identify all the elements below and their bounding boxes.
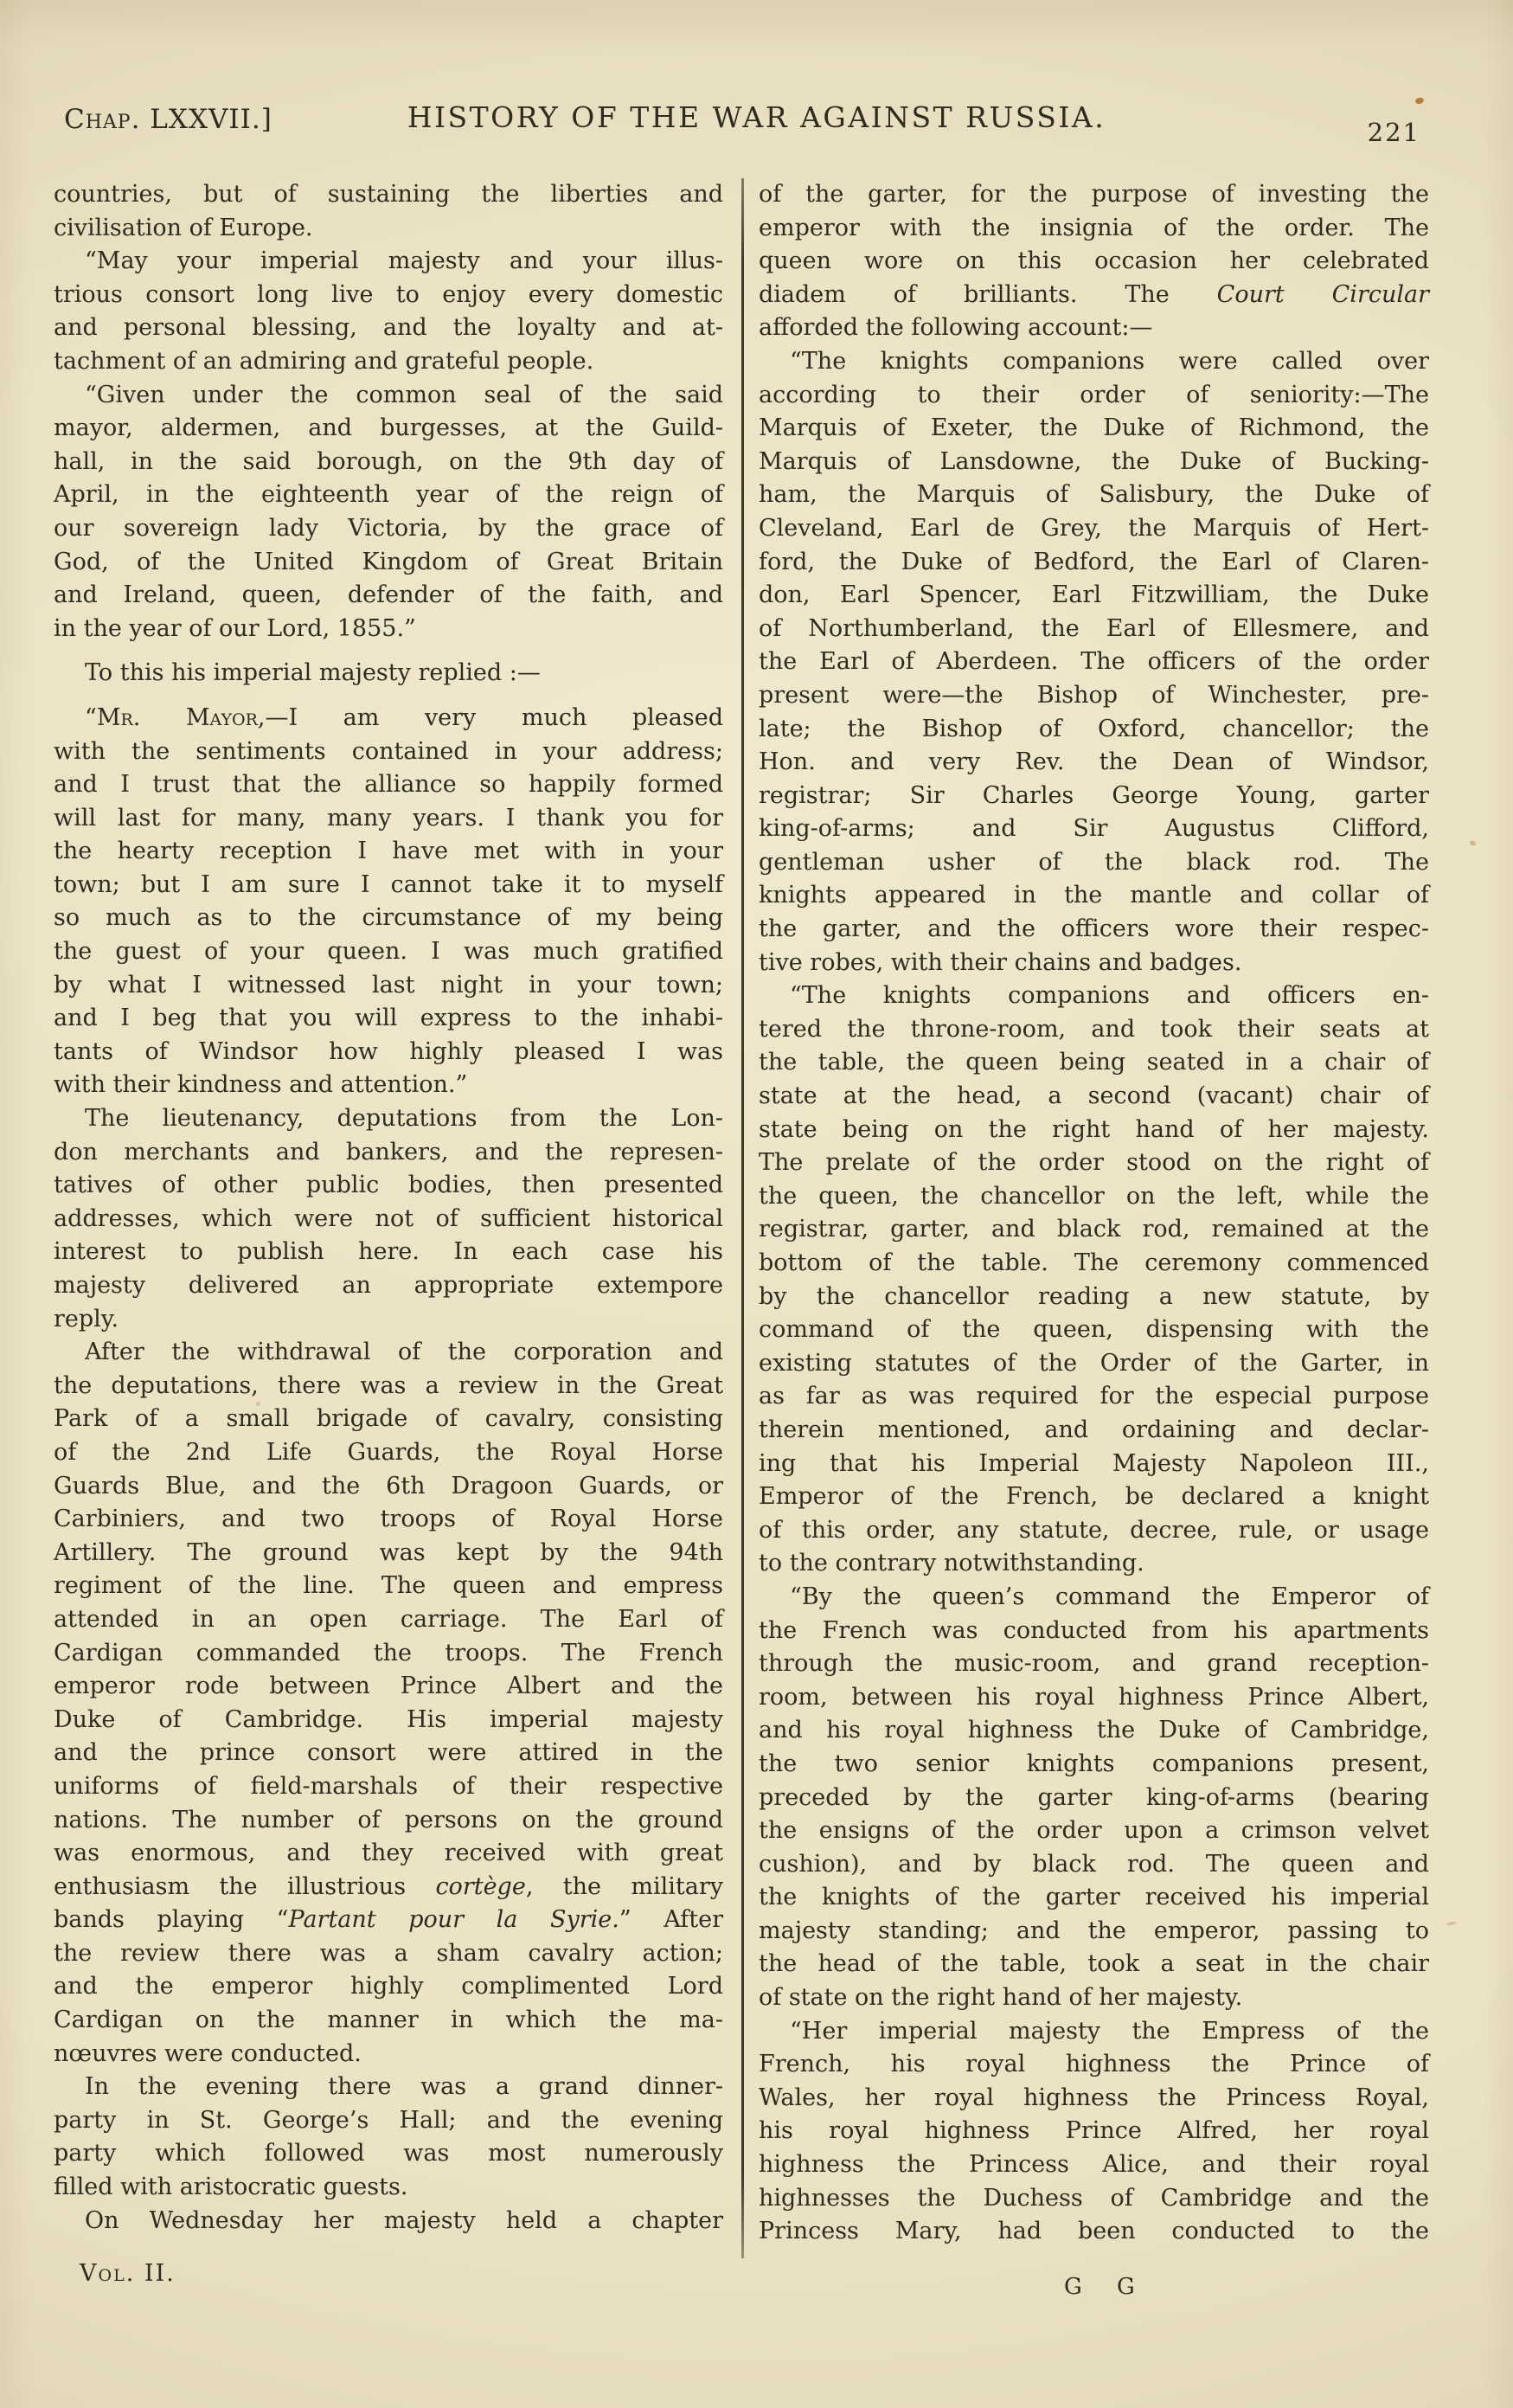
text-line: nations. The number of persons on the gr…	[54, 1804, 723, 1838]
text-line: don, Earl Spencer, Earl Fitzwilliam, the…	[759, 579, 1429, 613]
paragraph: The lieutenancy, deputations from the Lo…	[54, 1102, 723, 1336]
text-line: Hon. and very Rev. the Dean of Windsor,	[759, 746, 1429, 780]
text-line: tive robes, with their chains and badges…	[759, 947, 1429, 980]
text-line: highness the Princess Alice, and their r…	[759, 2148, 1429, 2182]
text-line: and his royal highness the Duke of Cambr…	[759, 1714, 1429, 1748]
text-line: and I trust that the alliance so happily…	[54, 768, 723, 802]
text-line: room, between his royal highness Prince …	[759, 1681, 1429, 1715]
text-line: trious consort long live to enjoy every …	[54, 279, 723, 312]
paragraph: countries, but of sustaining the liberti…	[54, 178, 723, 245]
text-line: The lieutenancy, deputations from the Lo…	[54, 1102, 723, 1136]
text-line: of the 2nd Life Guards, the Royal Horse	[54, 1436, 723, 1470]
text-line: majesty delivered an appropriate extempo…	[54, 1269, 723, 1303]
text-line: emperor rode between Prince Albert and t…	[54, 1670, 723, 1704]
paragraph: “Given under the common seal of the said…	[54, 379, 723, 646]
text-line: party in St. George’s Hall; and the even…	[54, 2104, 723, 2138]
text-line: In the evening there was a grand dinner-	[54, 2071, 723, 2104]
text-line: as far as was required for the especial …	[759, 1380, 1429, 1414]
text-line: Duke of Cambridge. His imperial majesty	[54, 1704, 723, 1737]
text-line: and I beg that you will express to the i…	[54, 1002, 723, 1036]
text-line: diadem of brilliants. The Court Circular	[759, 279, 1429, 312]
text-line: preceded by the garter king-of-arms (bea…	[759, 1782, 1429, 1815]
text-line: ham, the Marquis of Salisbury, the Duke …	[759, 478, 1429, 512]
paragraph: On Wednesday her majesty held a chapter	[54, 2205, 723, 2238]
text-line: Cardigan on the manner in which the ma-	[54, 2004, 723, 2038]
text-line: “The knights companions and officers en-	[759, 979, 1429, 1013]
text-line: “May your imperial majesty and your illu…	[54, 245, 723, 279]
text-line: Carbiniers, and two troops of Royal Hors…	[54, 1503, 723, 1537]
text-line: ing that his Imperial Majesty Napoleon I…	[759, 1448, 1429, 1481]
text-line: Guards Blue, and the 6th Dragoon Guards,…	[54, 1470, 723, 1504]
text-line: therein mentioned, and ordaining and dec…	[759, 1414, 1429, 1448]
text-line: Cardigan commanded the troops. The Frenc…	[54, 1637, 723, 1671]
text-line: On Wednesday her majesty held a chapter	[54, 2205, 723, 2238]
text-line: and the prince consort were attired in t…	[54, 1737, 723, 1770]
text-line: Princess Mary, had been conducted to the	[759, 2215, 1429, 2249]
paragraph: “Her imperial majesty the Empress of the…	[759, 2015, 1429, 2249]
paragraph: “The knights companions and officers en-…	[759, 979, 1429, 1581]
text-line: don merchants and bankers, and the repre…	[54, 1136, 723, 1170]
paragraph: “By the queen’s command the Emperor ofth…	[759, 1581, 1429, 2015]
text-line: party which followed was most numerously	[54, 2137, 723, 2171]
text-line: gentleman usher of the black rod. The	[759, 846, 1429, 880]
text-line: existing statutes of the Order of the Ga…	[759, 1347, 1429, 1381]
text-line: ford, the Duke of Bedford, the Earl of C…	[759, 546, 1429, 580]
text-line: “Given under the common seal of the said	[54, 379, 723, 413]
text-line: and the emperor highly complimented Lord	[54, 1970, 723, 2004]
text-line: Cleveland, Earl de Grey, the Marquis of …	[759, 512, 1429, 546]
text-line: highnesses the Duchess of Cambridge and …	[759, 2182, 1429, 2216]
text-line: To this his imperial majesty replied :—	[54, 657, 723, 690]
text-line: After the withdrawal of the corporation …	[54, 1336, 723, 1370]
text-line: of Northumberland, the Earl of Ellesmere…	[759, 613, 1429, 646]
text-line: by what I witnessed last night in your t…	[54, 969, 723, 1003]
text-line: “By the queen’s command the Emperor of	[759, 1581, 1429, 1615]
text-line: to the contrary notwithstanding.	[759, 1547, 1429, 1581]
text-line: filled with aristocratic guests.	[54, 2171, 723, 2205]
text-line: registrar; Sir Charles George Young, gar…	[759, 780, 1429, 813]
text-line: “Her imperial majesty the Empress of the	[759, 2015, 1429, 2049]
text-line: by the chancellor reading a new statute,…	[759, 1281, 1429, 1314]
text-line: “Mr. Mayor,—I am very much pleased	[54, 702, 723, 735]
paragraph: In the evening there was a grand dinner-…	[54, 2071, 723, 2204]
text-line: the French was conducted from his apartm…	[759, 1615, 1429, 1648]
text-line: of state on the right hand of her majest…	[759, 1981, 1429, 2015]
text-line: the two senior knights companions presen…	[759, 1748, 1429, 1782]
text-line: addresses, which were not of sufficient …	[54, 1203, 723, 1236]
text-line: with their kindness and attention.”	[54, 1069, 723, 1102]
printer-signature: G G	[1064, 2274, 1149, 2300]
text-line: registrar, garter, and black rod, remain…	[759, 1213, 1429, 1247]
paragraph: To this his imperial majesty replied :—	[54, 657, 723, 690]
paragraph: After the withdrawal of the corporation …	[54, 1336, 723, 2071]
text-line: majesty standing; and the emperor, passi…	[759, 1915, 1429, 1949]
text-line: so much as to the circumstance of my bei…	[54, 902, 723, 935]
text-line: Marquis of Lansdowne, the Duke of Buckin…	[759, 446, 1429, 479]
text-line: present were—the Bishop of Winchester, p…	[759, 679, 1429, 713]
text-line: the table, the queen being seated in a c…	[759, 1046, 1429, 1080]
page-number: 221	[1368, 118, 1420, 147]
text-line: civilisation of Europe.	[54, 212, 723, 246]
text-line: nœuvres were conducted.	[54, 2038, 723, 2071]
text-line: the hearty reception I have met with in …	[54, 835, 723, 869]
text-line: and Ireland, queen, defender of the fait…	[54, 579, 723, 613]
page-title: HISTORY OF THE WAR AGAINST RUSSIA.	[0, 100, 1513, 134]
text-line: Wales, her royal highness the Princess R…	[759, 2082, 1429, 2116]
text-line: Emperor of the French, be declared a kni…	[759, 1480, 1429, 1514]
text-line: interest to publish here. In each case h…	[54, 1236, 723, 1269]
text-line: tachment of an admiring and grateful peo…	[54, 345, 723, 379]
text-line: according to their order of seniority:—T…	[759, 379, 1429, 413]
text-line: tatives of other public bodies, then pre…	[54, 1169, 723, 1203]
text-line: cushion), and by black rod. The queen an…	[759, 1848, 1429, 1882]
text-line: through the music-room, and grand recept…	[759, 1647, 1429, 1681]
text-line: tants of Windsor how highly pleased I wa…	[54, 1036, 723, 1069]
paragraph: “The knights companions were called over…	[759, 345, 1429, 979]
text-line: the head of the table, took a seat in th…	[759, 1948, 1429, 1981]
text-line: queen wore on this occasion her celebrat…	[759, 245, 1429, 279]
text-line: reply.	[54, 1303, 723, 1337]
text-line: the deputations, there was a review in t…	[54, 1370, 723, 1403]
text-line: French, his royal highness the Prince of	[759, 2048, 1429, 2082]
text-line: command of the queen, dispensing with th…	[759, 1313, 1429, 1347]
text-line: countries, but of sustaining the liberti…	[54, 178, 723, 212]
text-line: late; the Bishop of Oxford, chancellor; …	[759, 713, 1429, 747]
text-line: regiment of the line. The queen and empr…	[54, 1570, 723, 1603]
text-line: Park of a small brigade of cavalry, cons…	[54, 1403, 723, 1436]
text-line: enthusiasm the illustrious cortège, the …	[54, 1871, 723, 1904]
text-line: April, in the eighteenth year of the rei…	[54, 478, 723, 512]
paragraph: “May your imperial majesty and your illu…	[54, 245, 723, 378]
book-page: Chap. LXXVII.] HISTORY OF THE WAR AGAINS…	[0, 0, 1513, 2408]
text-line: “The knights companions were called over	[759, 345, 1429, 379]
text-line: the guest of your queen. I was much grat…	[54, 935, 723, 969]
text-line: hall, in the said borough, on the 9th da…	[54, 446, 723, 479]
text-line: the queen, the chancellor on the left, w…	[759, 1180, 1429, 1214]
text-line: king-of-arms; and Sir Augustus Clifford,	[759, 812, 1429, 846]
text-line: the knights of the garter received his i…	[759, 1881, 1429, 1915]
text-line: our sovereign lady Victoria, by the grac…	[54, 512, 723, 546]
text-line: uniforms of field-marshals of their resp…	[54, 1770, 723, 1804]
text-line: was enormous, and they received with gre…	[54, 1837, 723, 1871]
text-line: will last for many, many years. I thank …	[54, 802, 723, 836]
text-line: state being on the right hand of her maj…	[759, 1114, 1429, 1147]
text-line: the ensigns of the order upon a crimson …	[759, 1814, 1429, 1848]
paragraph: of the garter, for the purpose of invest…	[759, 178, 1429, 345]
volume-label: Vol. II.	[80, 2260, 176, 2287]
text-line: mayor, aldermen, and burgesses, at the G…	[54, 412, 723, 446]
text-line: bottom of the table. The ceremony commen…	[759, 1247, 1429, 1281]
text-column-left: countries, but of sustaining the liberti…	[54, 178, 723, 2238]
text-line: state at the head, a second (vacant) cha…	[759, 1080, 1429, 1114]
text-line: afforded the following account:—	[759, 311, 1429, 345]
text-line: the Earl of Aberdeen. The officers of th…	[759, 645, 1429, 679]
text-line: knights appeared in the mantle and colla…	[759, 879, 1429, 913]
text-line: in the year of our Lord, 1855.”	[54, 613, 723, 646]
text-line: The prelate of the order stood on the ri…	[759, 1146, 1429, 1180]
text-column-right: of the garter, for the purpose of invest…	[759, 178, 1429, 2249]
text-line: Artillery. The ground was kept by the 94…	[54, 1537, 723, 1570]
column-divider-rule	[741, 178, 744, 2258]
text-line: town; but I am sure I cannot take it to …	[54, 869, 723, 902]
text-line: God, of the United Kingdom of Great Brit…	[54, 546, 723, 580]
text-line: the review there was a sham cavalry acti…	[54, 1937, 723, 1971]
text-line: and personal blessing, and the loyalty a…	[54, 311, 723, 345]
text-line: Marquis of Exeter, the Duke of Richmond,…	[759, 412, 1429, 446]
text-line: with the sentiments contained in your ad…	[54, 735, 723, 769]
text-line: emperor with the insignia of the order. …	[759, 212, 1429, 246]
text-line: his royal highness Prince Alfred, her ro…	[759, 2115, 1429, 2148]
text-line: the garter, and the officers wore their …	[759, 913, 1429, 947]
text-line: of the garter, for the purpose of invest…	[759, 178, 1429, 212]
paragraph: “Mr. Mayor,—I am very much pleasedwith t…	[54, 702, 723, 1102]
text-line: of this order, any statute, decree, rule…	[759, 1514, 1429, 1548]
text-line: attended in an open carriage. The Earl o…	[54, 1603, 723, 1637]
text-line: tered the throne-room, and took their se…	[759, 1013, 1429, 1047]
text-line: bands playing “Partant pour la Syrie.” A…	[54, 1904, 723, 1937]
